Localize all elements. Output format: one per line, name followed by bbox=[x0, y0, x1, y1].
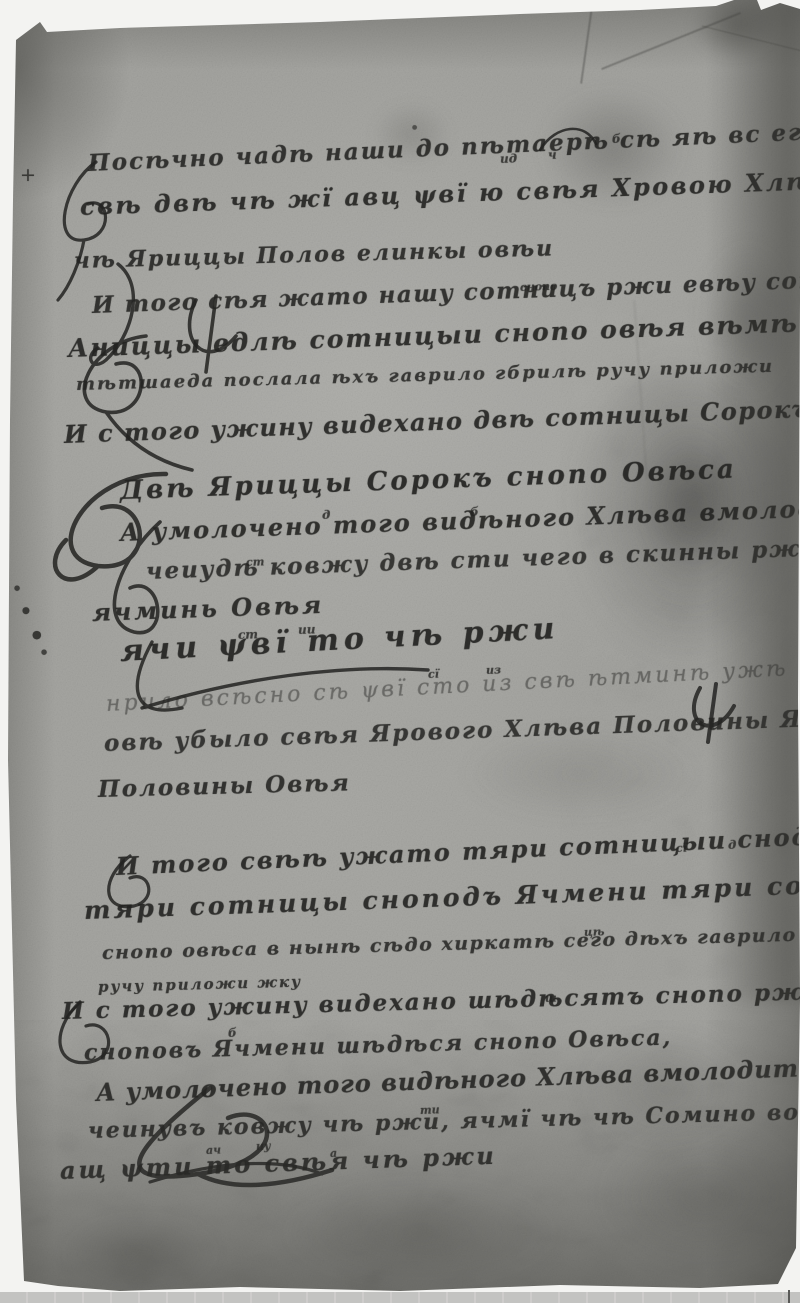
tray-mark bbox=[788, 1290, 790, 1303]
manuscript-sheet: Посѣчно чадѣ наши до пѣтаерѣ сѣ яѣ вс ег… bbox=[0, 0, 800, 1303]
scanner-tray-strip bbox=[0, 1292, 800, 1303]
edge-shading bbox=[0, 0, 800, 1303]
scanned-page: Посѣчно чадѣ наши до пѣтаерѣ сѣ яѣ вс ег… bbox=[0, 0, 800, 1303]
